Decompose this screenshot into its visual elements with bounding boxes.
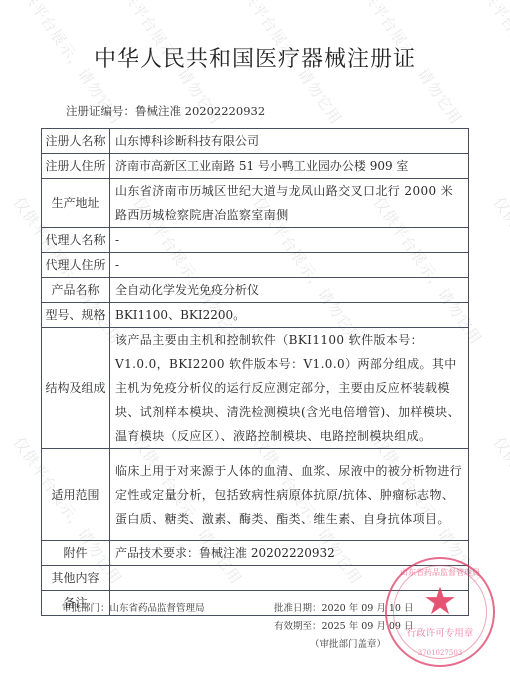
field-value: 全自动化学发光免疫分析仪 [110, 278, 469, 303]
field-value: 山东省济南市历城区世纪大道与龙凤山路交叉口北行 2000 米路西历城检察院唐冶监… [110, 179, 469, 228]
table-row: 产品名称 全自动化学发光免疫分析仪 [42, 278, 469, 303]
field-value: - [110, 228, 469, 253]
watermark: 仅供平台展示，请勿它用 [489, 432, 510, 588]
certificate-number-label: 注册证编号： [66, 104, 135, 118]
table-row: 注册人住所 济南市高新区工业南路 51 号小鸭工业园办公楼 909 室 [42, 154, 469, 179]
field-label: 结构及组成 [42, 328, 110, 449]
approval-date: 批准日期：2020 年 09 月 10 日 [274, 600, 413, 614]
field-value: 山东博科诊断科技有限公司 [110, 129, 469, 154]
valid-until: 有效期至：2025 年 09 月 09 日 [274, 618, 413, 632]
field-value: 临床上用于对来源于人体的血清、血浆、尿液中的被分析物进行定性或定量分析，包括致病… [110, 449, 469, 541]
table-row: 生产地址 山东省济南市历城区世纪大道与龙凤山路交叉口北行 2000 米路西历城检… [42, 179, 469, 228]
seal-caption: （审批部门盖章） [310, 636, 386, 650]
table-row: 代理人名称 - [42, 228, 469, 253]
certificate-number-value: 鲁械注准 20202220932 [135, 104, 265, 118]
table-row: 适用范围 临床上用于对来源于人体的血清、血浆、尿液中的被分析物进行定性或定量分析… [42, 449, 469, 541]
table-row: 其他内容 [42, 566, 469, 591]
field-label: 型号、规格 [42, 303, 110, 328]
field-value: BKI1100、BKI2200。 [110, 303, 469, 328]
field-label: 产品名称 [42, 278, 110, 303]
field-value: 该产品主要由主机和控制软件（BKI1100 软件版本号：V1.0.0，BKI22… [110, 328, 469, 449]
field-label: 注册人名称 [42, 129, 110, 154]
approval-department: 审批部门：山东省药品监督管理局 [62, 600, 205, 614]
field-value: 产品技术要求：鲁械注准 20202220932 [110, 541, 469, 566]
field-label: 附件 [42, 541, 110, 566]
table-row: 型号、规格 BKI1100、BKI2200。 [42, 303, 469, 328]
field-label: 代理人住所 [42, 253, 110, 278]
field-label: 生产地址 [42, 179, 110, 228]
certificate-number: 注册证编号：鲁械注准 20202220932 [66, 103, 265, 119]
field-label: 适用范围 [42, 449, 110, 541]
table-row: 注册人名称 山东博科诊断科技有限公司 [42, 129, 469, 154]
seal-code: 3701027503 [387, 649, 493, 657]
field-label: 注册人住所 [42, 154, 110, 179]
table-row: 附件 产品技术要求：鲁械注准 20202220932 [42, 541, 469, 566]
certificate-table: 注册人名称 山东博科诊断科技有限公司 注册人住所 济南市高新区工业南路 51 号… [41, 128, 469, 616]
field-value [110, 566, 469, 591]
table-row: 结构及组成 该产品主要由主机和控制软件（BKI1100 软件版本号：V1.0.0… [42, 328, 469, 449]
table-row: 代理人住所 - [42, 253, 469, 278]
field-label: 代理人名称 [42, 228, 110, 253]
watermark: 仅供平台展示，请勿它用 [489, 192, 510, 348]
field-value: 济南市高新区工业南路 51 号小鸭工业园办公楼 909 室 [110, 154, 469, 179]
document-title: 中华人民共和国医疗器械注册证 [0, 42, 510, 73]
field-label: 其他内容 [42, 566, 110, 591]
field-value: - [110, 253, 469, 278]
